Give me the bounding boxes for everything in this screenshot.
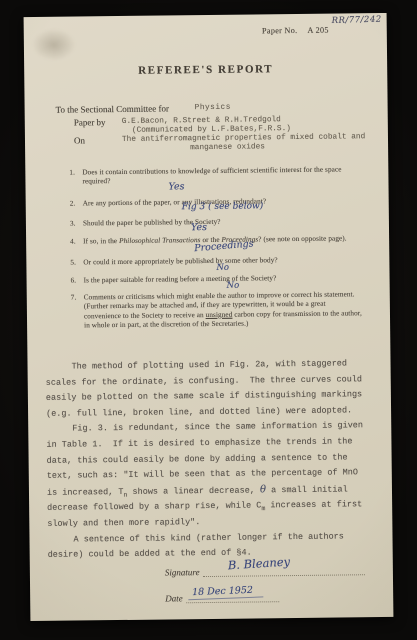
question-7-text-post: carbon copy for transmission to the auth… xyxy=(84,309,362,330)
comment-paragraph-2: Fig. 3. is redundant, since the same inf… xyxy=(46,419,371,533)
question-4-journal-2: Proceedings xyxy=(221,235,258,243)
signature-value: B. Bleaney xyxy=(227,554,290,572)
answer-6: No xyxy=(227,281,240,291)
photo-background: RR/77/242 Paper No.A 205 REFEREE'S REPOR… xyxy=(0,0,417,640)
theta-symbol: θ xyxy=(260,484,266,495)
date-label: Date xyxy=(165,593,183,603)
answer-1: Yes xyxy=(168,181,184,192)
paper-number: Paper No.A 205 xyxy=(262,26,329,36)
question-4-text-post: ? (see note on opposite page). xyxy=(258,234,347,243)
question-6-text: Is the paper suitable for reading before… xyxy=(84,274,277,284)
question-7-text-pre: Comments or criticisms which might enabl… xyxy=(84,290,355,320)
paper-number-label: Paper No. xyxy=(262,26,298,35)
answer-2: Fig 3 ( see below) xyxy=(182,201,264,212)
subject-label: On xyxy=(74,135,85,145)
answer-5: No xyxy=(216,263,229,273)
signature-row: Signature xyxy=(165,564,365,577)
subscript-n: n xyxy=(123,491,127,498)
question-6: 6. Is the paper suitable for reading bef… xyxy=(84,273,364,286)
question-4-number: 4. xyxy=(70,238,76,247)
report-title: REFEREE'S REPORT xyxy=(24,62,387,78)
communicated-line: (Communicated by L.F.Bates,F.R.S.) xyxy=(132,125,291,135)
comment-paragraph-3: A sentence of this kind (rather longer i… xyxy=(47,529,371,564)
question-6-number: 6. xyxy=(71,276,77,285)
question-4: 4. If so, in the Philosophical Transacti… xyxy=(83,234,363,247)
question-4-text-pre: If so, in the xyxy=(83,237,119,245)
paper-by-label: Paper by xyxy=(74,117,106,127)
question-5-number: 5. xyxy=(70,259,76,268)
question-5: 5. Or could it more appropriately be pub… xyxy=(83,255,363,268)
paper-by-authors: G.E.Bacon, R.Street & R.H.Tredgold xyxy=(122,116,281,126)
question-2: 2. Are any portions of the paper, or any… xyxy=(83,196,363,209)
question-7: 7. Comments or criticisms which might en… xyxy=(84,290,364,331)
comment-p2-segment-a: Fig. 3. is redundant, since the same inf… xyxy=(46,421,368,498)
comment-p2-segment-d: increases at first slowly and then more … xyxy=(47,500,367,529)
paper-title-line1: The antiferromagnetic properties of mixe… xyxy=(122,133,365,144)
signature-dotted-line xyxy=(202,564,364,577)
comment-p2-segment-c: a small initial decrease followed by a s… xyxy=(47,484,353,513)
question-5-text: Or could it more appropriately be publis… xyxy=(83,256,277,266)
smudge-mark xyxy=(32,28,76,60)
ref-number: RR/77/242 xyxy=(331,15,381,26)
answer-4: Proceedings xyxy=(194,238,254,254)
question-7-underlined-word: unsigned xyxy=(206,311,233,319)
question-3-text: Should the paper be published by the Soc… xyxy=(83,218,221,228)
paper-sheet: RR/77/242 Paper No.A 205 REFEREE'S REPOR… xyxy=(24,13,394,621)
committee-value: Physics xyxy=(195,104,231,112)
date-dotted-line xyxy=(186,591,280,603)
signature-label: Signature xyxy=(165,567,200,577)
question-3: 3. Should the paper be published by the … xyxy=(83,216,363,229)
question-2-text: Are any portions of the paper, or any il… xyxy=(83,197,267,207)
question-4-text-mid: or the xyxy=(200,236,221,244)
subscript-m: m xyxy=(261,505,265,512)
comment-paragraph-1: The method of plotting used in Fig. 2a, … xyxy=(45,356,370,422)
committee-label: To the Sectional Committee for xyxy=(56,103,169,114)
paper-number-value: A 205 xyxy=(307,26,328,35)
date-value: 18 Dec 1952 xyxy=(188,584,263,600)
answer-3: Yes xyxy=(191,222,207,233)
typed-comments: The method of plotting used in Fig. 2a, … xyxy=(45,356,371,563)
paper-title-line2: manganese oxides xyxy=(190,143,265,152)
question-7-number: 7. xyxy=(71,293,77,302)
question-4-journal-1: Philosophical Transactions xyxy=(119,236,201,245)
question-2-number: 2. xyxy=(70,200,76,209)
question-1-number: 1. xyxy=(69,169,75,178)
date-row: Date xyxy=(165,591,279,603)
comment-p2-segment-b: shows a linear decrease, xyxy=(127,485,260,497)
question-3-number: 3. xyxy=(70,220,76,229)
question-1: 1. Does it contain contributions to know… xyxy=(82,165,362,187)
question-1-text: Does it contain contributions to knowled… xyxy=(82,165,341,185)
